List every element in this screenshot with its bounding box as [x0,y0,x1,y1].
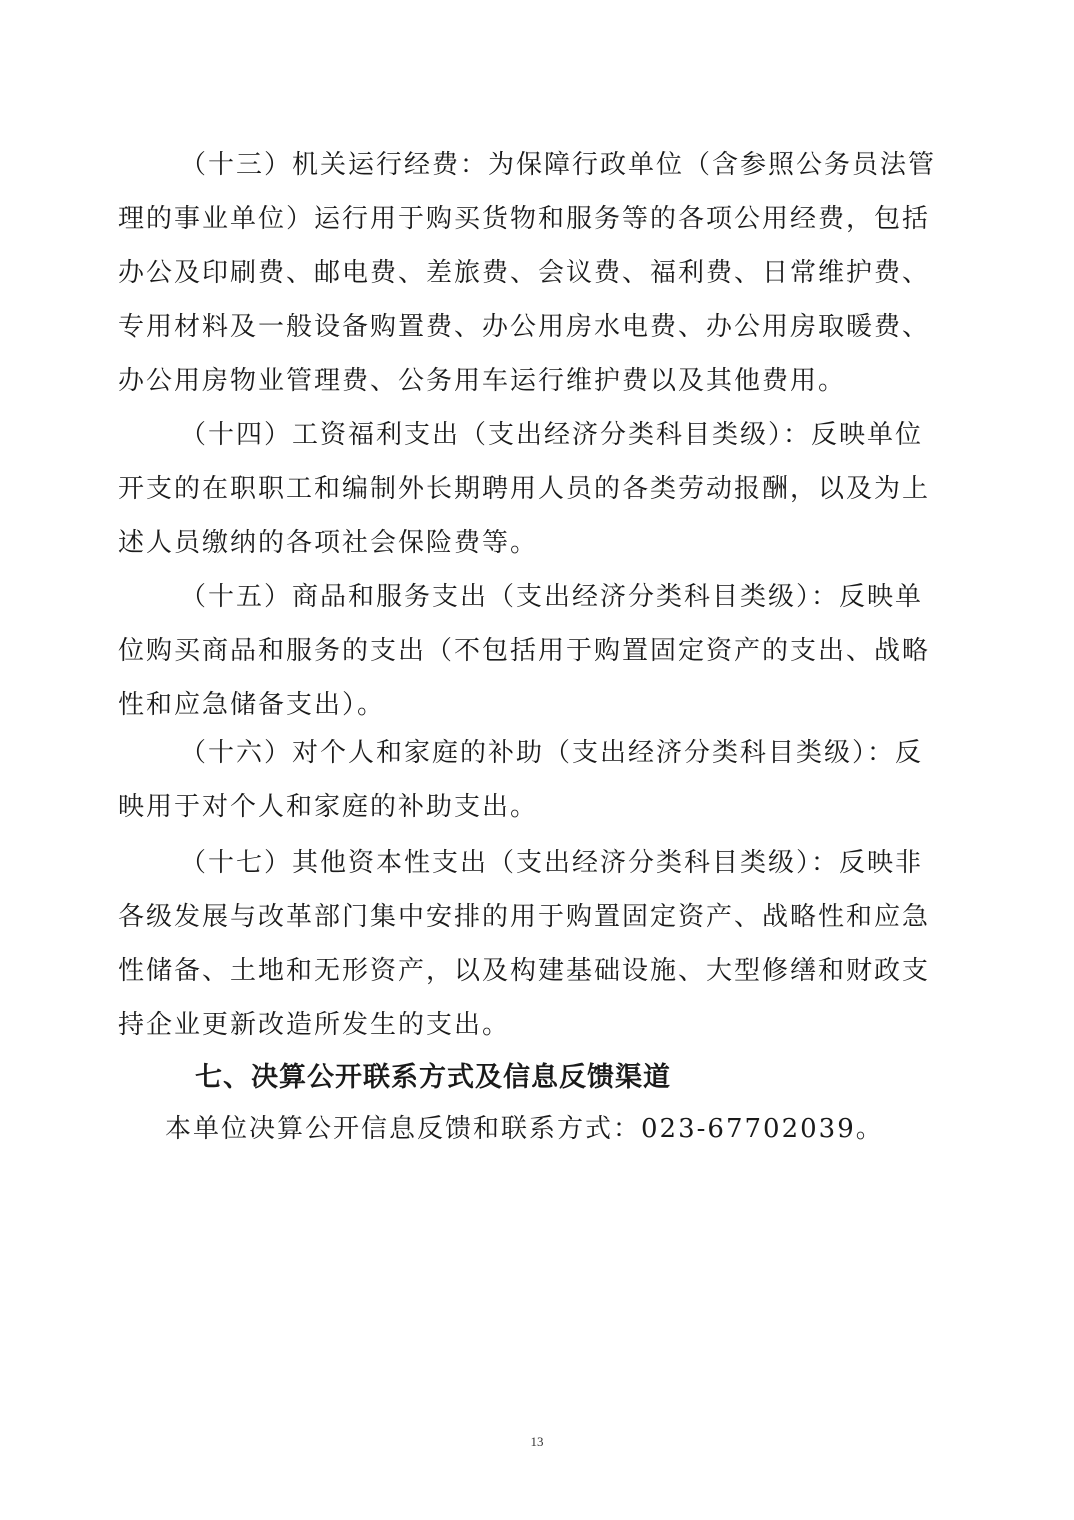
paragraph-13-operating-expenses: （十三）机关运行经费：为保障行政单位（含参照公务员法管 理的事业单位）运行用于购… [118,138,948,408]
text-line: 述人员缴纳的各项社会保险费等。 [118,516,948,570]
text-line: 映用于对个人和家庭的补助支出。 [118,780,948,834]
text-line: 办公及印刷费、邮电费、差旅费、会议费、福利费、日常维护费、 [118,246,948,300]
text-line: 性和应急储备支出）。 [118,678,948,732]
paragraph-15-goods-services: （十五）商品和服务支出（支出经济分类科目类级）：反映单 位购买商品和服务的支出（… [118,570,948,732]
text-line: （十四）工资福利支出（支出经济分类科目类级）：反映单位 [118,408,948,462]
text-line: （十三）机关运行经费：为保障行政单位（含参照公务员法管 [118,138,948,192]
text-line: 持企业更新改造所发生的支出。 [118,998,948,1052]
page-number: 13 [0,1434,1074,1450]
contact-info: 本单位决算公开信息反馈和联系方式：023-67702039。 [165,1108,884,1145]
text-line: 理的事业单位）运行用于购买货物和服务等的各项公用经费，包括 [118,192,948,246]
text-line: 各级发展与改革部门集中安排的用于购置固定资产、战略性和应急 [118,890,948,944]
text-line: （十五）商品和服务支出（支出经济分类科目类级）：反映单 [118,570,948,624]
paragraph-14-wages-welfare: （十四）工资福利支出（支出经济分类科目类级）：反映单位 开支的在职职工和编制外长… [118,408,948,570]
text-line: （十七）其他资本性支出（支出经济分类科目类级）：反映非 [118,836,948,890]
text-line: 办公用房物业管理费、公务用车运行维护费以及其他费用。 [118,354,948,408]
text-line: 开支的在职职工和编制外长期聘用人员的各类劳动报酬，以及为上 [118,462,948,516]
paragraph-17-capital-expenditure: （十七）其他资本性支出（支出经济分类科目类级）：反映非 各级发展与改革部门集中安… [118,836,948,1052]
text-line: 位购买商品和服务的支出（不包括用于购置固定资产的支出、战略 [118,624,948,678]
document-page: （十三）机关运行经费：为保障行政单位（含参照公务员法管 理的事业单位）运行用于购… [0,0,1074,1520]
text-line: （十六）对个人和家庭的补助（支出经济分类科目类级）：反 [118,726,948,780]
section-heading: 七、决算公开联系方式及信息反馈渠道 [195,1055,671,1094]
paragraph-16-household-subsidies: （十六）对个人和家庭的补助（支出经济分类科目类级）：反 映用于对个人和家庭的补助… [118,726,948,834]
text-line: 专用材料及一般设备购置费、办公用房水电费、办公用房取暖费、 [118,300,948,354]
text-line: 性储备、土地和无形资产，以及构建基础设施、大型修缮和财政支 [118,944,948,998]
